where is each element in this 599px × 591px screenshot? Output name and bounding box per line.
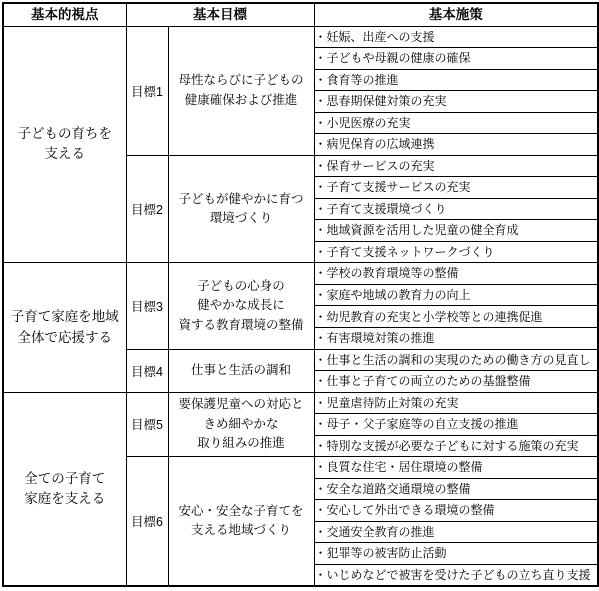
measure-cell: ・病児保育の広域連携 [314,134,598,156]
header-goal: 基本目標 [126,3,314,26]
viewpoint-cell: 子育て家庭を地域 全体で応援する [3,263,126,392]
measure-cell: ・学校の教育環境等の整備 [314,263,598,285]
measure-cell: ・子育て支援サービスの充実 [314,177,598,199]
measure-cell: ・小児医療の充実 [314,112,598,134]
goal-title-cell: 要保護児童への対応と きめ細やかな 取り組みの推進 [168,392,314,457]
measure-cell: ・特別な支援が必要な子どもに対する施策の充実 [314,435,598,457]
goal-number-cell: 目標3 [126,263,168,349]
measure-cell: ・地域資源を活用した児童の健全育成 [314,220,598,242]
measure-cell: ・犯罪等の被害防止活動 [314,543,598,565]
goal-number-cell: 目標5 [126,392,168,457]
page: 基本的視点 基本目標 基本施策 子どもの育ちを 支える 目標1 母性ならびに子ど… [0,0,599,591]
header-viewpoint: 基本的視点 [3,3,126,26]
viewpoint-cell: 子どもの育ちを 支える [3,26,126,263]
measure-cell: ・良質な住宅・居住環境の整備 [314,457,598,479]
measure-cell: ・子どもや母親の健康の確保 [314,48,598,70]
measure-cell: ・妊娠、出産への支援 [314,26,598,48]
header-measure: 基本施策 [314,3,598,26]
measure-cell: ・子育て支援ネットワークづくり [314,241,598,263]
table-row: 子育て家庭を地域 全体で応援する 目標3 子どもの心身の 健やかな成長に 資する… [3,263,598,285]
measure-cell: ・食育等の推進 [314,69,598,91]
goal-number-cell: 目標1 [126,26,168,155]
goal-number-cell: 目標6 [126,457,168,586]
goal-number-cell: 目標2 [126,155,168,263]
measure-cell: ・安心して外出できる環境の整備 [314,500,598,522]
goal-title-cell: 子どもが健やかに育つ 環境づくり [168,155,314,263]
measure-cell: ・母子・父子家庭等の自立支援の推進 [314,414,598,436]
goal-title-cell: 仕事と生活の調和 [168,349,314,392]
measure-cell: ・いじめなどで被害を受けた子どもの立ち直り支援 [314,564,598,586]
table-row: 子どもの育ちを 支える 目標1 母性ならびに子どもの 健康確保および推進 ・妊娠… [3,26,598,48]
measure-cell: ・子育て支援環境づくり [314,198,598,220]
goal-title-cell: 子どもの心身の 健やかな成長に 資する教育環境の整備 [168,263,314,349]
measure-cell: ・仕事と生活の調和の実現のための働き方の見直し [314,349,598,371]
goal-title-cell: 母性ならびに子どもの 健康確保および推進 [168,26,314,155]
measure-cell: ・家庭や地域の教育力の向上 [314,284,598,306]
viewpoint-cell: 全ての子育て 家庭を支える [3,392,126,586]
goal-number-cell: 目標4 [126,349,168,392]
measure-cell: ・幼児教育の充実と小学校等との連携促進 [314,306,598,328]
measure-cell: ・児童虐待防止対策の充実 [314,392,598,414]
policy-table: 基本的視点 基本目標 基本施策 子どもの育ちを 支える 目標1 母性ならびに子ど… [2,2,599,587]
header-row: 基本的視点 基本目標 基本施策 [3,3,598,26]
measure-cell: ・思春期保健対策の充実 [314,91,598,113]
goal-title-cell: 安心・安全な子育てを 支える地域づくり [168,457,314,586]
measure-cell: ・安全な道路交通環境の整備 [314,478,598,500]
measure-cell: ・仕事と子育ての両立のための基盤整備 [314,371,598,393]
measure-cell: ・保育サービスの充実 [314,155,598,177]
table-row: 全ての子育て 家庭を支える 目標5 要保護児童への対応と きめ細やかな 取り組み… [3,392,598,414]
measure-cell: ・有害環境対策の推進 [314,328,598,350]
measure-cell: ・交通安全教育の推進 [314,521,598,543]
